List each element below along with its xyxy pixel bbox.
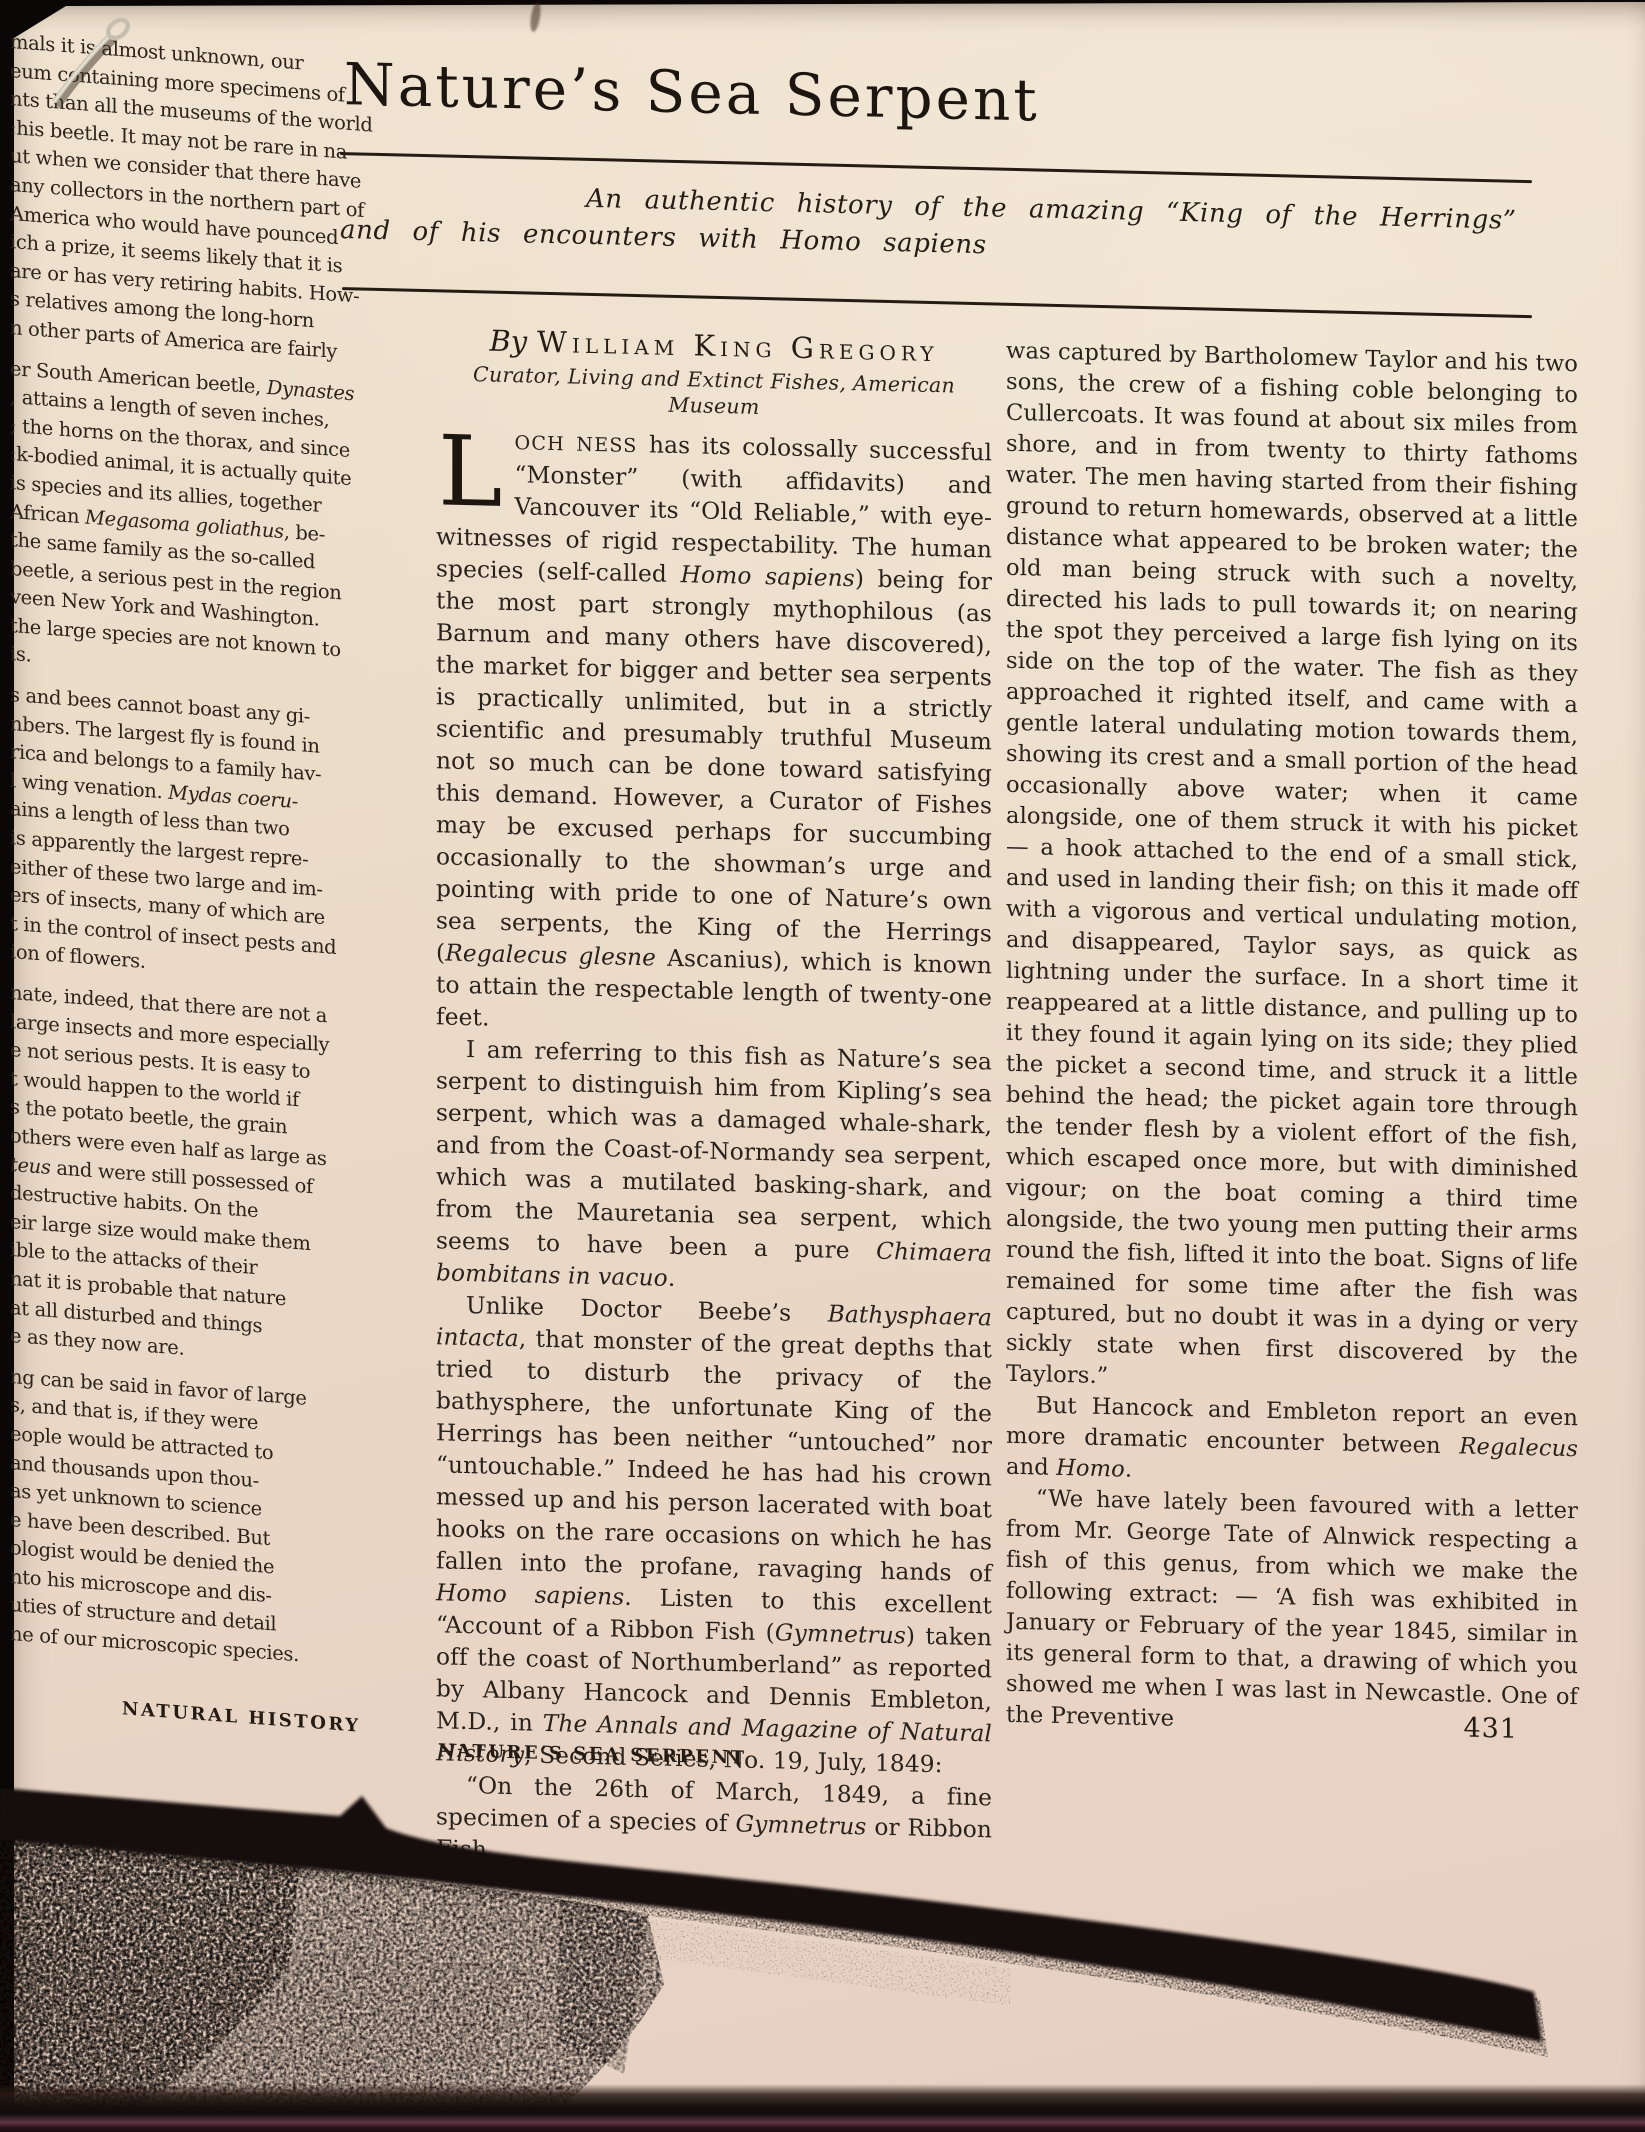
article-title: Nature’s Sea Serpent [344,52,1580,145]
staple-icon [40,14,150,124]
text-run: , that monster of the great depths that … [436,1325,992,1587]
byline-prefix: By [489,324,527,359]
text-run: ) being for the most part strongly mytho… [436,565,992,966]
text-run: teus [10,1153,51,1179]
paragraph: Unlike Doctor Beebe’s Bathysphaera intac… [436,1289,992,1782]
text-run: and [1006,1454,1056,1481]
text-run: I am referring to this fish as Nature’s … [436,1036,992,1265]
text-run: , be- [284,520,325,546]
article-body-column2: was captured by Bartholomew Taylor and h… [1006,336,1578,1744]
previous-article-column: mals it is almost unknown, oureum contai… [10,28,340,1685]
text-run: . [668,1265,676,1292]
text-run: African [10,500,85,529]
text-run: was captured by Bartholomew Taylor and h… [1006,338,1578,1389]
paragraph: But Hancock and Embleton report an even … [1006,1390,1578,1496]
text-run: Homo [1056,1455,1125,1483]
byline-name: William King Gregory [537,325,938,368]
text-run: Unlike Doctor Beebe’s [466,1292,828,1328]
text-run: Regalecus [1459,1433,1578,1462]
paragraph: was captured by Bartholomew Taylor and h… [1006,336,1578,1403]
article-column-left: ByWilliam King Gregory Curator, Living a… [436,322,992,1878]
bottom-scan-edge [0,2084,1645,2132]
column-fragment-block: nate, indeed, that there are not alarge … [10,979,340,1375]
title-rule-bottom [342,287,1532,318]
text-run: Regalecus glesne [445,940,656,972]
paragraph: LOCH NESS has its colossally successful … [436,424,992,1046]
article-columns: ByWilliam King Gregory Curator, Living a… [436,322,1580,1892]
column-fragment-block: er South American beetle, Dynastes, atta… [10,355,340,694]
paragraph: “We have lately been favoured with a let… [1006,1483,1578,1744]
text-run: Gymnetrus [775,1619,906,1649]
article-body-column1: LOCH NESS has its colossally successful … [436,424,992,1878]
article-column-right: was captured by Bartholomew Taylor and h… [1006,336,1578,1744]
column-fragment-block: s and bees cannot boast any gi-nbers. Th… [10,681,340,991]
text-run: Homo sapiens [436,1579,624,1610]
text-run: . [1125,1457,1132,1483]
ink-blot-image [0,1740,1645,2132]
paragraph: I am referring to this fish as Nature’s … [436,1033,992,1302]
text-run: Homo sapiens [681,561,855,592]
text-run: OCH NESS [515,431,638,457]
column-fragment-block: ng can be said in favor of larges, and t… [10,1363,340,1673]
drop-cap: L [436,424,515,510]
byline-affiliation: Curator, Living and Extinct Fishes, Amer… [436,360,992,425]
article: Nature’s Sea Serpent An authentic histor… [338,38,1580,1892]
scanned-magazine-page: mals it is almost unknown, oureum contai… [0,0,1645,2132]
text-run: “We have lately been favoured with a let… [1006,1485,1578,1731]
